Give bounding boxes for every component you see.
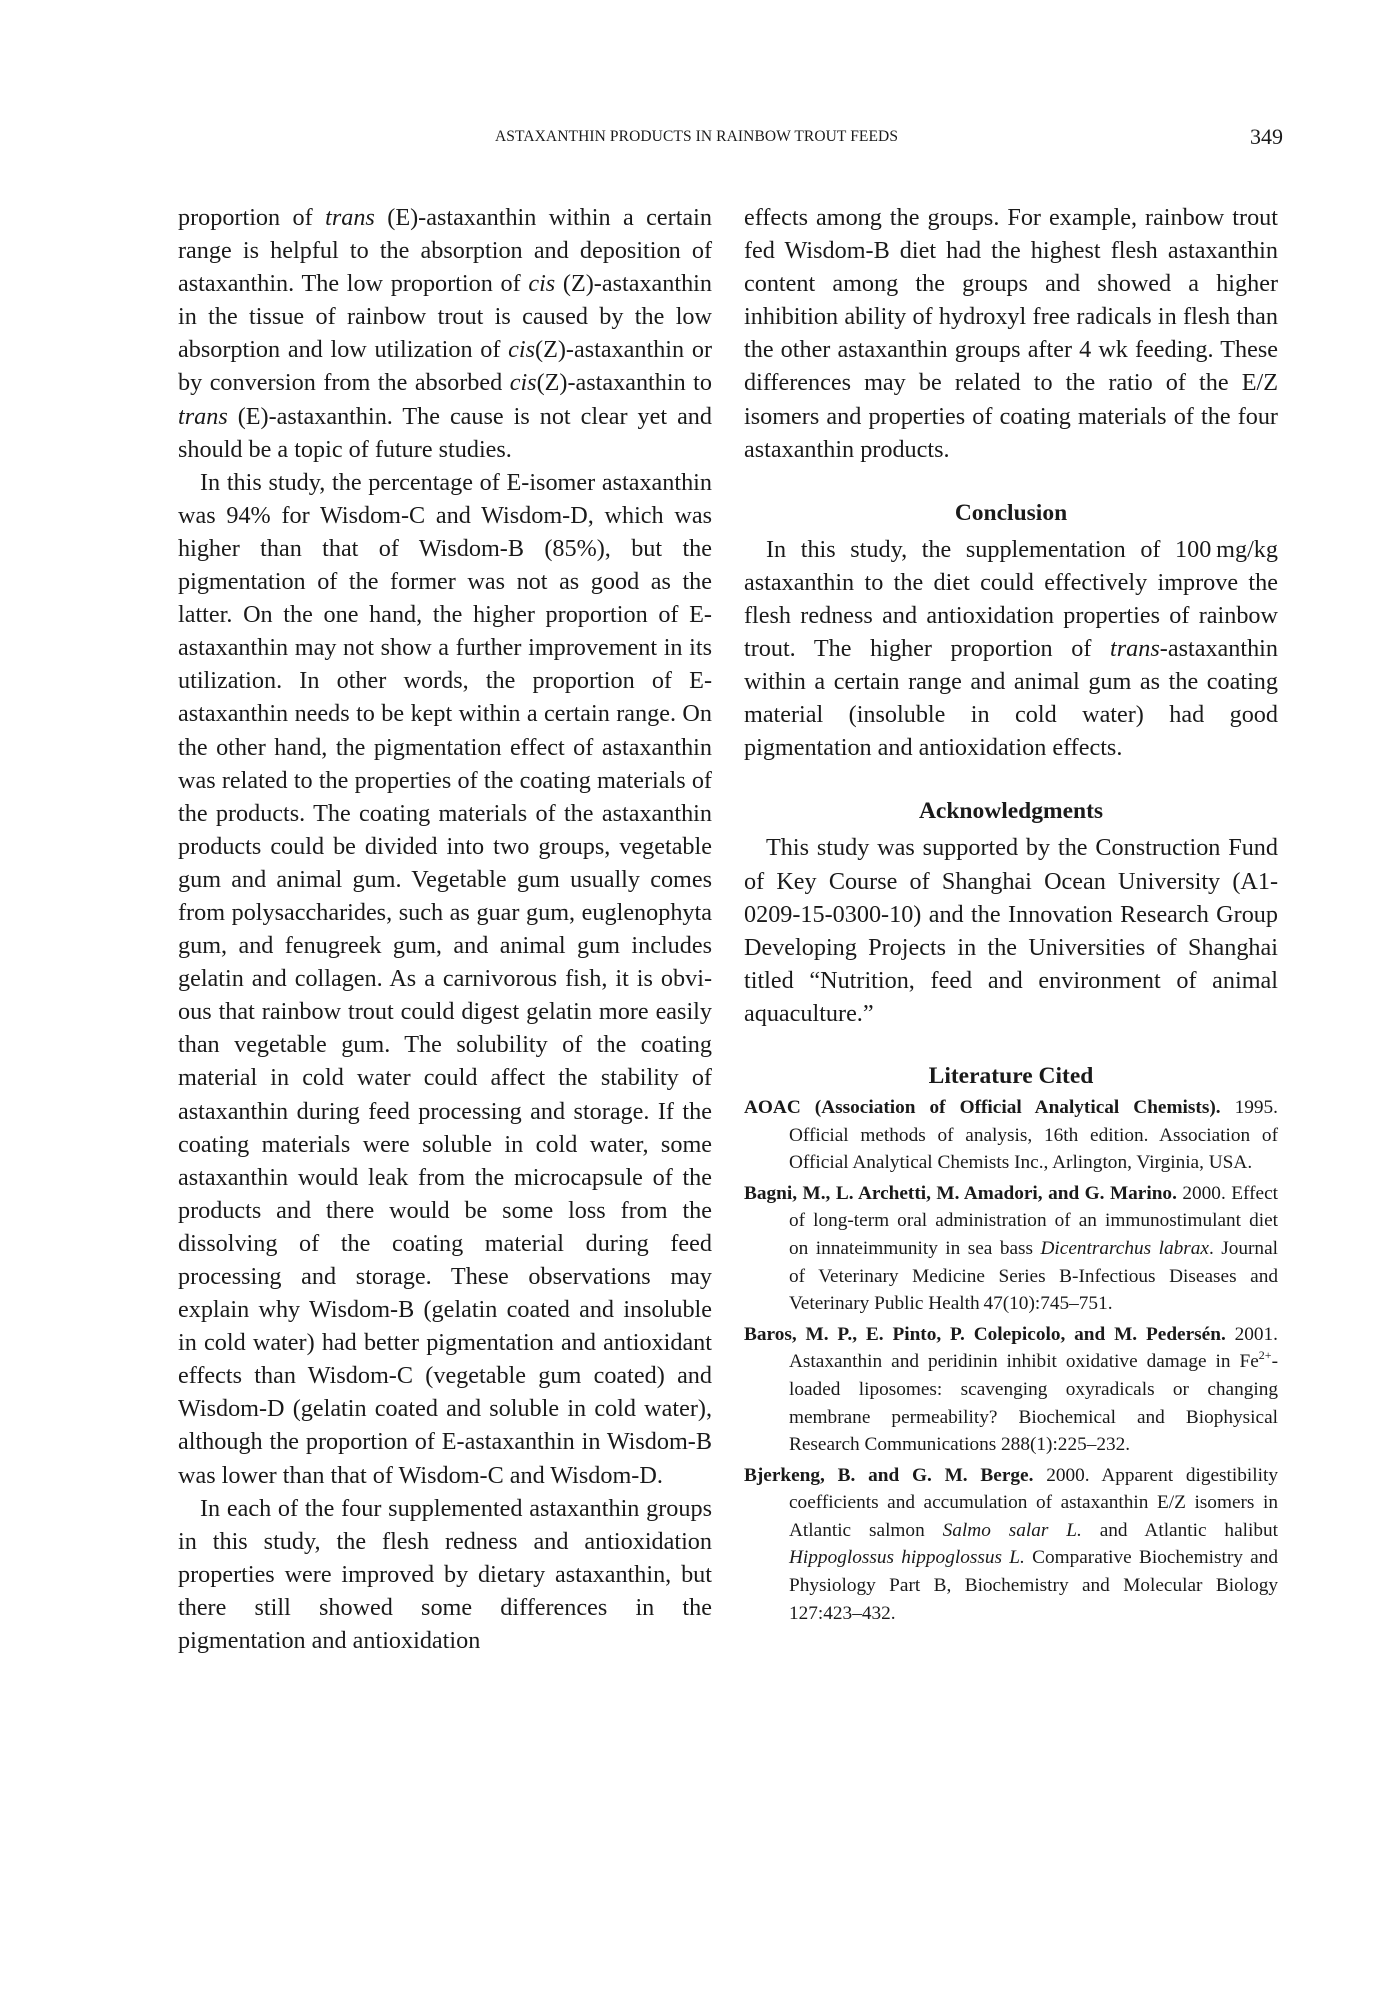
reference-list: AOAC (Association of Official Analytical… (744, 1094, 1278, 1627)
acknowledgments-paragraph: This study was supported by the Construc… (744, 831, 1278, 1030)
conclusion-paragraph: In this study, the supplementation of 10… (744, 533, 1278, 765)
reference-authors: Bjerkeng, B. and G. M. Berge. (744, 1465, 1033, 1486)
italic-term: cis (510, 369, 537, 396)
reference-item: Bagni, M., L. Archetti, M. Amadori, and … (744, 1180, 1278, 1318)
reference-authors: AOAC (Association of Official Analytical… (744, 1097, 1221, 1118)
reference-item: Baros, M. P., E. Pinto, P. Colepicolo, a… (744, 1321, 1278, 1459)
body-paragraph: In this study, the percentage of E-isome… (178, 466, 712, 1492)
reference-authors: Baros, M. P., E. Pinto, P. Colepicolo, a… (744, 1324, 1226, 1345)
reference-authors: Bagni, M., L. Archetti, M. Amadori, and … (744, 1183, 1177, 1204)
page-number: 349 (1250, 124, 1283, 150)
italic-term: Hippoglossus hippoglossus L. (789, 1547, 1025, 1568)
superscript: 2+ (1259, 1348, 1272, 1362)
italic-term: trans (178, 403, 228, 430)
reference-item: Bjerkeng, B. and G. M. Berge. 2000. Appa… (744, 1462, 1278, 1628)
italic-term: Salmo salar L. (943, 1520, 1082, 1541)
body-paragraph-continued: effects among the groups. For example, r… (744, 201, 1278, 466)
reference-item: AOAC (Association of Official Analytical… (744, 1094, 1278, 1177)
italic-term: cis (528, 270, 555, 297)
body-paragraph: proportion of trans (E)-astaxanthin with… (178, 201, 712, 466)
section-heading-acknowledgments: Acknowledgments (744, 795, 1278, 828)
italic-term: trans (1110, 635, 1160, 662)
body-paragraph: In each of the four supplemented astaxan… (178, 1492, 712, 1657)
section-heading-literature-cited: Literature Cited (744, 1060, 1278, 1093)
italic-term: Dicentrarchus labrax (1040, 1238, 1208, 1259)
running-title: ASTAXANTHIN PRODUCTS IN RAINBOW TROUT FE… (495, 128, 898, 146)
section-heading-conclusion: Conclusion (744, 497, 1278, 530)
right-column: effects among the groups. For example, r… (744, 201, 1278, 1630)
left-column: proportion of trans (E)-astaxanthin with… (178, 201, 712, 1657)
italic-term: trans (325, 204, 375, 231)
italic-term: cis (508, 336, 535, 363)
